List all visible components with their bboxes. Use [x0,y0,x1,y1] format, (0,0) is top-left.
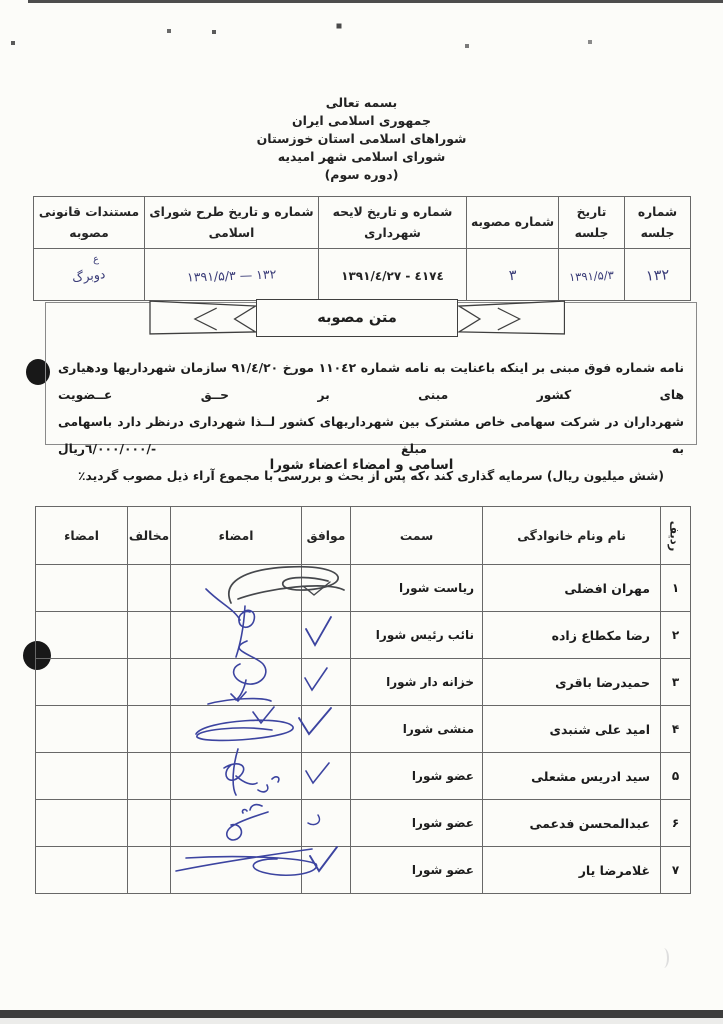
members-header-row: ردیف نام ونام خانوادگی سمت موافق امضاء م… [36,507,691,565]
row-number: ۱ [661,565,691,612]
letterhead-province-councils: شوراهای اسلامی استان خوزستان [0,130,723,148]
row-number: ۷ [661,847,691,894]
oppose-cell [128,753,171,800]
scan-specks [0,0,2,2]
session-date-handwritten: ۱۳۹۱/۵/۳ [569,268,614,284]
header-row-number: ردیف [661,507,691,565]
member-row-4: ۴ امید علی شنبدی منشی شورا [36,706,691,753]
scan-top-edge [28,0,723,3]
oppose-signature-cell [36,612,128,659]
signature-cell [171,612,302,659]
oppose-signature-cell [36,565,128,612]
row-number: ۲ [661,612,691,659]
member-name: عبدالمحسن فدعمی [483,800,661,847]
header-agree: موافق [302,507,351,565]
signature-cell [171,847,302,894]
oppose-signature-cell [36,800,128,847]
signature-cell [171,565,302,612]
resolution-number-handwritten: ۳ [508,268,517,285]
agree-cell [302,847,351,894]
signature-cell [171,753,302,800]
member-position: عضو شورا [351,800,483,847]
oppose-cell [128,565,171,612]
agree-cell [302,659,351,706]
member-name: مهران افضلی [483,565,661,612]
signature-cell [171,706,302,753]
resolution-line-1: نامه شماره فوق مبنی بر اینکه باعنایت به … [58,355,684,409]
member-name: حمیدرضا باقری [483,659,661,706]
member-row-6: ۶ عبدالمحسن فدعمی عضو شورا [36,800,691,847]
banner-right-tail [149,299,256,337]
member-row-7: ۷ غلامرضا یار عضو شورا [36,847,691,894]
letterhead-term: (دوره سوم) [0,166,723,184]
session-date-cell: ۱۳۹۱/۵/۳ [559,249,625,301]
agree-cell [302,800,351,847]
member-position: خزانه دار شورا [351,659,483,706]
legal-docs-cell: ع دوبرگ [34,249,145,301]
header-position: سمت [351,507,483,565]
resolution-banner: متن مصوبه [149,299,565,337]
oppose-signature-cell [36,706,128,753]
member-position: عضو شورا [351,847,483,894]
session-number-handwritten: ۱۳۲ [645,267,669,285]
member-position: ریاست شورا [351,565,483,612]
header-row-number-label: ردیف [668,520,682,551]
member-position: منشی شورا [351,706,483,753]
row-number: ۳ [661,659,691,706]
council-plan-handwritten: ۱۳۹۱/۵/۳ — ۱۳۲ [187,266,277,284]
oppose-signature-cell [36,659,128,706]
oppose-cell [128,847,171,894]
council-plan-cell: ۱۳۹۱/۵/۳ — ۱۳۲ [145,249,319,301]
resolution-line-2: شهرداران در شرکت سهامی خاص مشترک بین شهر… [58,409,684,463]
agree-cell [302,612,351,659]
row-number: ۴ [661,706,691,753]
oppose-cell [128,659,171,706]
row-number: ۶ [661,800,691,847]
header-oppose: مخالف [128,507,171,565]
row-number: ۵ [661,753,691,800]
oppose-signature-cell [36,847,128,894]
header-oppose-signature: امضاء [36,507,128,565]
agree-cell [302,706,351,753]
session-number-cell: ۱۳۲ [625,249,691,301]
member-row-5: ۵ سید ادریس مشعلی عضو شورا [36,753,691,800]
oppose-cell [128,706,171,753]
legal-docs-word: دوبرگ [72,266,107,285]
info-header-row: شماره جلسه تاریخ جلسه شماره مصوبه شماره … [34,197,691,249]
header-resolution-number: شماره مصوبه [467,197,559,249]
header-session-date: تاریخ جلسه [559,197,625,249]
banner-title: متن مصوبه [256,299,457,337]
info-values-row: ۱۳۲ ۱۳۹۱/۵/۳ ۳ ۱۳۹۱/٤/۲۷ - ٤۱۷٤ ۱۳۹۱/۵/۳… [34,249,691,301]
letterhead-country: جمهوری اسلامی ایران [0,112,723,130]
header-full-name: نام ونام خانوادگی [483,507,661,565]
header-municipality-bill: شماره و تاریخ لایحه شهرداری [319,197,467,249]
oppose-cell [128,612,171,659]
oppose-signature-cell [36,753,128,800]
letterhead-basmala: بسمه تعالی [0,94,723,112]
member-name: امید علی شنبدی [483,706,661,753]
resolution-info-table: شماره جلسه تاریخ جلسه شماره مصوبه شماره … [33,196,691,301]
agree-cell [302,565,351,612]
letterhead-city-council: شورای اسلامی شهر امیدیه [0,148,723,166]
resolution-line-3: (شش میلیون ریال) سرمایه گذاری کند ،که پس… [58,463,684,490]
scan-bottom-margin [0,1018,723,1024]
header-signature: امضاء [171,507,302,565]
member-row-1: ۱ مهران افضلی ریاست شورا [36,565,691,612]
signature-cell [171,659,302,706]
legal-docs-handwritten: ع دوبرگ [72,266,107,285]
resolution-number-cell: ۳ [467,249,559,301]
header-council-plan: شماره و تاریخ طرح شورای اسلامی [145,197,319,249]
member-row-3: ۳ حمیدرضا باقری خزانه دار شورا [36,659,691,706]
scanned-document-page: بسمه تعالی جمهوری اسلامی ایران شوراهای ا… [0,0,723,1024]
oppose-cell [128,800,171,847]
municipality-bill-cell: ۱۳۹۱/٤/۲۷ - ٤۱۷٤ [319,249,467,301]
member-position: نائب رئیس شورا [351,612,483,659]
scan-bottom-edge [0,1010,723,1018]
header-legal-docs: مستندات قانونی مصوبه [34,197,145,249]
member-name: رضا مکطاع زاده [483,612,661,659]
banner-left-tail [458,299,565,337]
member-position: عضو شورا [351,753,483,800]
municipality-bill-value: ۱۳۹۱/٤/۲۷ - ٤۱۷٤ [341,269,444,283]
member-row-2: ۲ رضا مکطاع زاده نائب رئیس شورا [36,612,691,659]
legal-docs-flourish: ع [94,254,100,265]
members-signature-table: ردیف نام ونام خانوادگی سمت موافق امضاء م… [35,506,691,894]
letterhead: بسمه تعالی جمهوری اسلامی ایران شوراهای ا… [0,94,723,184]
agree-cell [302,753,351,800]
scan-faint-mark [658,948,669,968]
member-name: سید ادریس مشعلی [483,753,661,800]
header-session-number: شماره جلسه [625,197,691,249]
member-name: غلامرضا یار [483,847,661,894]
signature-cell [171,800,302,847]
